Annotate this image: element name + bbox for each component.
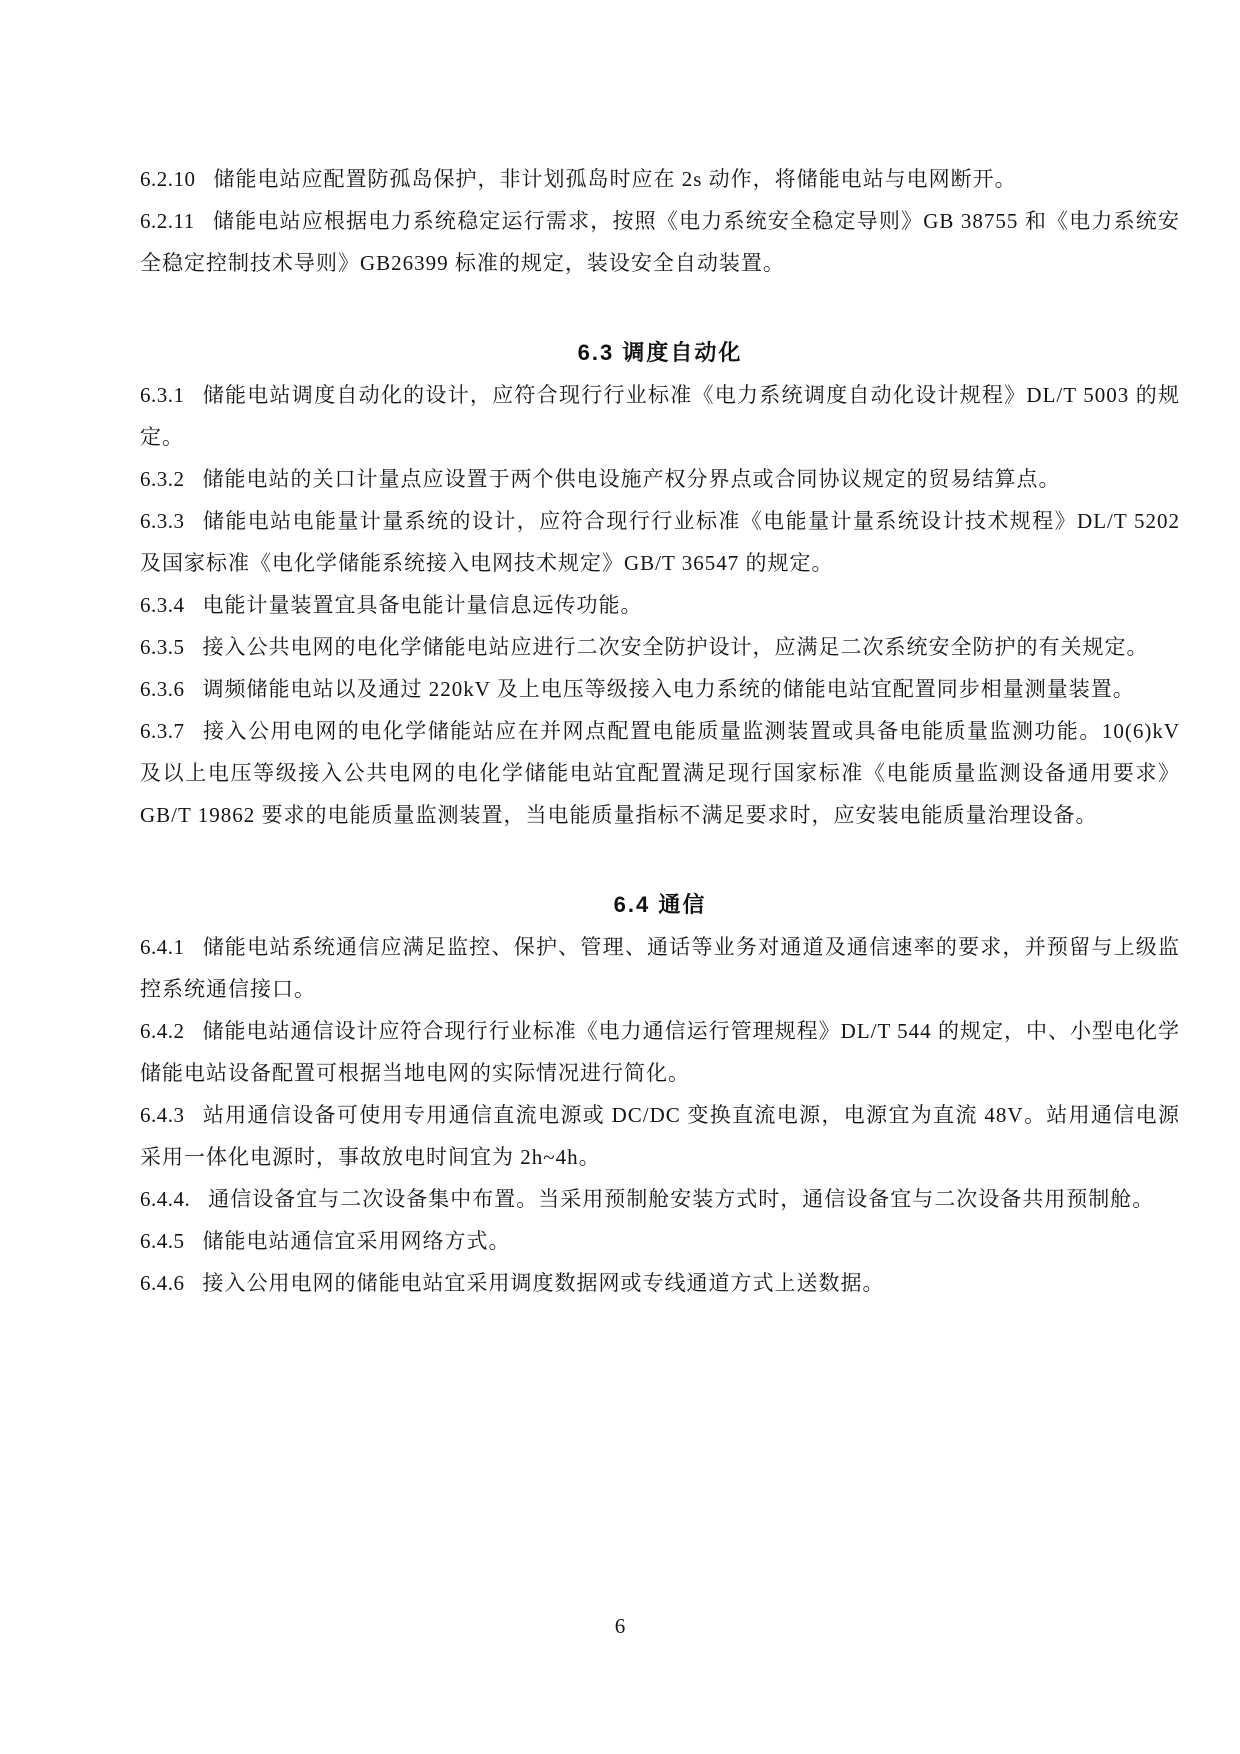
clause-text: 电能计量装置宜具备电能计量信息远传功能。: [203, 593, 643, 617]
clause-6-4-4: 6.4.4.通信设备宜与二次设备集中布置。当采用预制舱安装方式时，通信设备宜与二…: [140, 1178, 1180, 1220]
clause-number: 6.3.6: [140, 677, 185, 701]
section-heading-6-4: 6.4 通信: [140, 884, 1180, 926]
clause-text: 通信设备宜与二次设备集中布置。当采用预制舱安装方式时，通信设备宜与二次设备共用预…: [208, 1187, 1154, 1211]
clause-number: 6.4.6: [140, 1271, 185, 1295]
clause-number: 6.2.10: [140, 167, 196, 191]
clause-number: 6.3.4: [140, 593, 185, 617]
clause-6-3-4: 6.3.4电能计量装置宜具备电能计量信息远传功能。: [140, 584, 1180, 626]
clause-6-4-2: 6.4.2储能电站通信设计应符合现行行业标准《电力通信运行管理规程》DL/T 5…: [140, 1010, 1180, 1094]
clause-text: 调频储能电站以及通过 220kV 及上电压等级接入电力系统的储能电站宜配置同步相…: [203, 677, 1135, 701]
clause-number: 6.4.2: [140, 1019, 185, 1043]
clause-6-4-6: 6.4.6接入公用电网的储能电站宜采用调度数据网或专线通道方式上送数据。: [140, 1262, 1180, 1304]
clause-text: 接入公用电网的储能电站宜采用调度数据网或专线通道方式上送数据。: [203, 1271, 885, 1295]
clause-6-2-10: 6.2.10储能电站应配置防孤岛保护，非计划孤岛时应在 2s 动作，将储能电站与…: [140, 158, 1180, 200]
clause-text: 接入公共电网的电化学储能电站应进行二次安全防护设计，应满足二次系统安全防护的有关…: [203, 635, 1149, 659]
clause-number: 6.3.2: [140, 467, 185, 491]
page-footer: 6: [0, 1612, 1240, 1640]
clause-6-3-2: 6.3.2储能电站的关口计量点应设置于两个供电设施产权分界点或合同协议规定的贸易…: [140, 458, 1180, 500]
clause-text: 储能电站应根据电力系统稳定运行需求，按照《电力系统安全稳定导则》GB 38755…: [140, 209, 1180, 275]
clause-number: 6.4.3: [140, 1103, 185, 1127]
clause-text: 接入公用电网的电化学储能站应在并网点配置电能质量监测装置或具备电能质量监测功能。…: [140, 719, 1180, 827]
clause-text: 储能电站的关口计量点应设置于两个供电设施产权分界点或合同协议规定的贸易结算点。: [203, 467, 1061, 491]
clause-text: 储能电站电能量计量系统的设计，应符合现行行业标准《电能量计量系统设计技术规程》D…: [140, 509, 1180, 575]
clause-number: 6.3.1: [140, 383, 185, 407]
clause-number: 6.3.5: [140, 635, 185, 659]
document-body: 6.2.10储能电站应配置防孤岛保护，非计划孤岛时应在 2s 动作，将储能电站与…: [140, 158, 1180, 1304]
clause-6-3-5: 6.3.5接入公共电网的电化学储能电站应进行二次安全防护设计，应满足二次系统安全…: [140, 626, 1180, 668]
clause-text: 储能电站通信设计应符合现行行业标准《电力通信运行管理规程》DL/T 544 的规…: [140, 1019, 1180, 1085]
page-number: 6: [615, 1614, 626, 1638]
clause-6-3-1: 6.3.1储能电站调度自动化的设计，应符合现行行业标准《电力系统调度自动化设计规…: [140, 374, 1180, 458]
clause-6-3-3: 6.3.3储能电站电能量计量系统的设计，应符合现行行业标准《电能量计量系统设计技…: [140, 500, 1180, 584]
clause-number: 6.4.4.: [140, 1187, 190, 1211]
document-page: 6.2.10储能电站应配置防孤岛保护，非计划孤岛时应在 2s 动作，将储能电站与…: [0, 0, 1240, 1754]
clause-6-3-7: 6.3.7接入公用电网的电化学储能站应在并网点配置电能质量监测装置或具备电能质量…: [140, 710, 1180, 836]
clause-6-4-3: 6.4.3站用通信设备可使用专用通信直流电源或 DC/DC 变换直流电源，电源宜…: [140, 1094, 1180, 1178]
clause-number: 6.4.1: [140, 935, 185, 959]
clause-6-4-5: 6.4.5储能电站通信宜采用网络方式。: [140, 1220, 1180, 1262]
clause-text: 储能电站通信宜采用网络方式。: [203, 1229, 511, 1253]
clause-6-4-1: 6.4.1储能电站系统通信应满足监控、保护、管理、通话等业务对通道及通信速率的要…: [140, 926, 1180, 1010]
clause-6-2-11: 6.2.11储能电站应根据电力系统稳定运行需求，按照《电力系统安全稳定导则》GB…: [140, 200, 1180, 284]
clause-text: 储能电站应配置防孤岛保护，非计划孤岛时应在 2s 动作，将储能电站与电网断开。: [214, 167, 1017, 191]
clause-text: 储能电站系统通信应满足监控、保护、管理、通话等业务对通道及通信速率的要求，并预留…: [140, 935, 1180, 1001]
clause-text: 储能电站调度自动化的设计，应符合现行行业标准《电力系统调度自动化设计规程》DL/…: [140, 383, 1180, 449]
clause-text: 站用通信设备可使用专用通信直流电源或 DC/DC 变换直流电源，电源宜为直流 4…: [140, 1103, 1180, 1169]
clause-6-3-6: 6.3.6调频储能电站以及通过 220kV 及上电压等级接入电力系统的储能电站宜…: [140, 668, 1180, 710]
clause-number: 6.3.3: [140, 509, 185, 533]
section-heading-6-3: 6.3 调度自动化: [140, 332, 1180, 374]
clause-number: 6.4.5: [140, 1229, 185, 1253]
clause-number: 6.3.7: [140, 719, 185, 743]
clause-number: 6.2.11: [140, 209, 195, 233]
